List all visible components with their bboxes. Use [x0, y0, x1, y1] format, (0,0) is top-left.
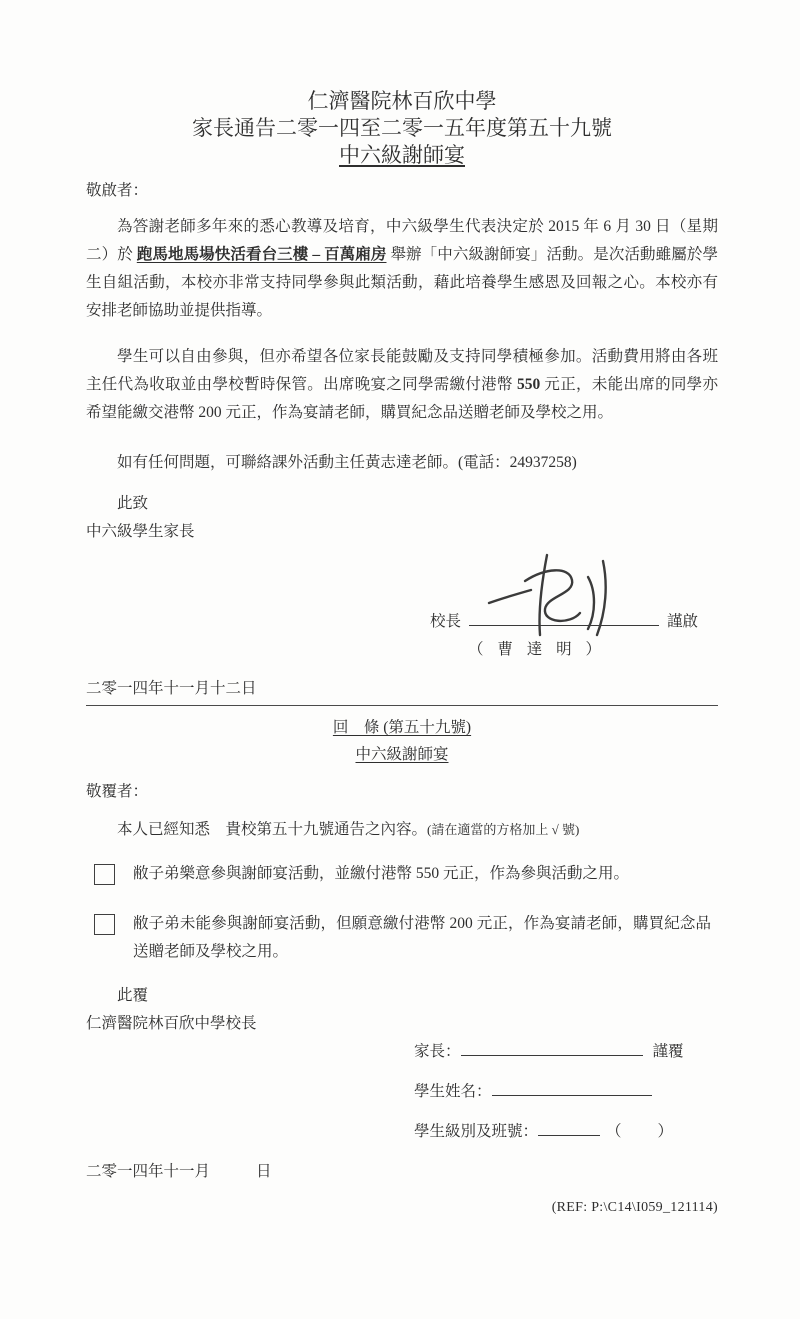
acknowledgement-line: 本人已經知悉 貴校第五十九號通告之內容。(請在適當的方格加上 √ 號)	[86, 816, 718, 844]
ack-note: (請在適當的方格加上 √ 號)	[427, 822, 579, 837]
signature-row: 校長 謹啟	[430, 556, 718, 636]
school-name: 仁濟醫院林百欣中學	[86, 88, 718, 115]
reply-date-day: 日	[256, 1163, 272, 1180]
reply-closing-block: 此覆 仁濟醫院林百欣中學校長	[86, 982, 718, 1038]
paragraph-activity: 為答謝老師多年來的悉心教導及培育，中六級學生代表決定於 2015 年 6 月 3…	[86, 213, 718, 325]
event-title-text: 中六級謝師宴	[339, 143, 465, 167]
closing-block: 此致 中六級學生家長	[86, 490, 718, 546]
reply-salutation: 敬覆者：	[86, 778, 718, 806]
doc-header: 仁濟醫院林百欣中學 家長通告二零一四至二零一五年度第五十九號 中六級謝師宴	[86, 88, 718, 169]
attend-checkbox[interactable]	[94, 864, 115, 885]
section-divider	[86, 705, 718, 706]
parent-signoff: 謹覆	[653, 1043, 684, 1060]
reply-date-text: 二零一四年十一月	[86, 1163, 210, 1180]
parent-signature-blank[interactable]	[461, 1040, 643, 1057]
reply-title-text: 回 條 (第五十九號)	[333, 719, 471, 736]
notice-page: 仁濟醫院林百欣中學 家長通告二零一四至二零一五年度第五十九號 中六級謝師宴 敬啟…	[0, 0, 800, 1319]
paren-open: （	[606, 1123, 622, 1140]
reply-option-attend: 敝子弟樂意參與謝師宴活動，並繳付港幣 550 元正，作為參與活動之用。	[86, 860, 718, 888]
reply-subtitle-text: 中六級謝師宴	[355, 746, 448, 763]
reference-number: (REF: P:\C14\I059_121114)	[86, 1194, 718, 1222]
attend-option-label: 敝子弟樂意參與謝師宴活動，並繳付港幣 550 元正，作為參與活動之用。	[133, 860, 711, 888]
notice-number: 家長通告二零一四至二零一五年度第五十九號	[86, 115, 718, 142]
signature-block: 校長 謹啟 （ 曹 達 明 ）	[86, 556, 718, 664]
principal-signature-icon	[487, 553, 637, 637]
reply-option-decline: 敝子弟未能參與謝師宴活動，但願意繳付港幣 200 元正，作為宴請老師，購買紀念品…	[86, 910, 718, 966]
reply-fields: 家長：謹覆 學生姓名： 學生級別及班號：（）	[414, 1038, 718, 1146]
event-title: 中六級謝師宴	[86, 142, 718, 169]
decline-option-label: 敝子弟未能參與謝師宴活動，但願意繳付港幣 200 元正，作為宴請老師，購買紀念品…	[133, 910, 711, 966]
principal-signoff: 謹啟	[667, 613, 698, 630]
class-field: 學生級別及班號：（）	[414, 1118, 718, 1146]
notice-salutation: 敬啟者：	[86, 177, 718, 205]
signature-line	[469, 610, 659, 627]
notice-date: 二零一四年十一月十二日	[86, 675, 718, 703]
contact-line: 如有任何問題，可聯絡課外活動主任黃志達老師。(電話：24937258)	[86, 449, 718, 477]
ack-main: 本人已經知悉 貴校第五十九號通告之內容。	[117, 821, 427, 838]
principal-label: 校長	[430, 613, 461, 630]
parent-field: 家長：謹覆	[414, 1038, 718, 1066]
paragraph-fees: 學生可以自由參與，但亦希望各位家長能鼓勵及支持同學積極參加。活動費用將由各班主任…	[86, 343, 718, 427]
paren-close: ）	[658, 1123, 674, 1140]
reply-slip-header: 回 條 (第五十九號) 中六級謝師宴	[86, 714, 718, 768]
decline-checkbox[interactable]	[94, 914, 115, 935]
reply-title: 回 條 (第五十九號)	[86, 714, 718, 741]
student-name-label: 學生姓名：	[414, 1083, 492, 1100]
reply-closing-cifu: 此覆	[86, 982, 718, 1010]
parent-label: 家長：	[414, 1043, 461, 1060]
recipient: 中六級學生家長	[86, 518, 718, 546]
reply-subtitle: 中六級謝師宴	[86, 741, 718, 768]
closing-cizhi: 此致	[86, 490, 718, 518]
fee-amount: 550	[517, 376, 540, 393]
reply-addressee: 仁濟醫院林百欣中學校長	[86, 1010, 718, 1038]
student-name-field: 學生姓名：	[414, 1078, 718, 1106]
class-blank[interactable]	[538, 1120, 600, 1137]
venue-name: 跑馬地馬場快活看台三樓 – 百萬廂房	[137, 246, 387, 263]
principal-name: （ 曹 達 明 ）	[468, 636, 718, 664]
class-label: 學生級別及班號：	[414, 1123, 538, 1140]
student-name-blank[interactable]	[492, 1080, 652, 1097]
reply-date: 二零一四年十一月日	[86, 1158, 718, 1186]
